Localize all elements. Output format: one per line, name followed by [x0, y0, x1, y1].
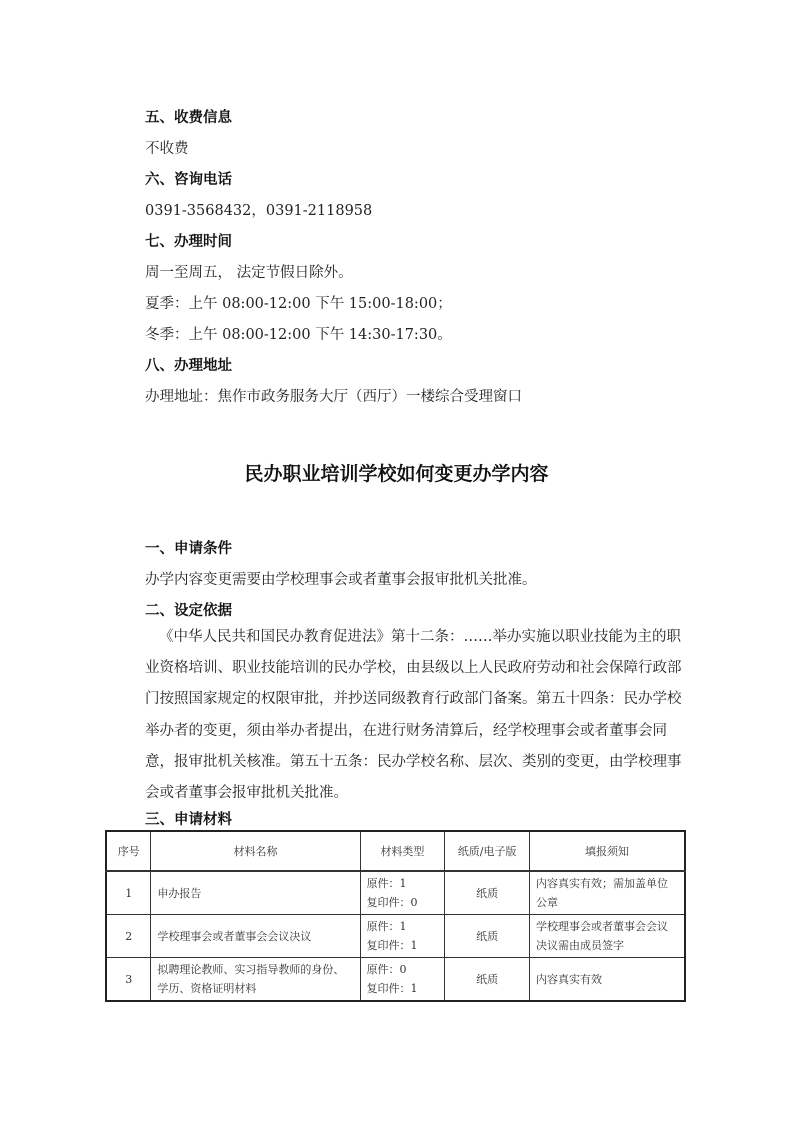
section-heading-materials: 三、申请材料	[145, 808, 232, 829]
type-copy: 复印件：1	[367, 979, 439, 998]
section-heading-address: 八、办理地址	[145, 354, 232, 375]
type-original: 原件：1	[367, 917, 439, 936]
cell-type: 原件：1复印件：0	[360, 871, 445, 915]
type-original: 原件：0	[367, 960, 439, 979]
table-row: 2 学校理事会或者董事会会议决议 原件：1复印件：1 纸质 学校理事会或者董事会…	[106, 915, 685, 958]
section-heading-phone: 六、咨询电话	[145, 168, 232, 189]
fees-text: 不收费	[145, 137, 189, 158]
col-header-type: 材料类型	[360, 831, 445, 871]
conditions-text: 办学内容变更需要由学校理事会或者董事会报审批机关批准。	[145, 568, 537, 589]
section-heading-conditions: 一、申请条件	[145, 537, 232, 558]
table-header-row: 序号 材料名称 材料类型 纸质/电子版 填报须知	[106, 831, 685, 871]
cell-note: 学校理事会或者董事会会议决议需由成员签字	[530, 915, 685, 958]
hours-line: 周一至周五， 法定节假日除外。	[145, 261, 353, 282]
basis-text: 《中华人民共和国民办教育促进法》第十二条：……举办实施以职业技能为主的职业资格培…	[145, 629, 682, 801]
cell-no: 2	[106, 915, 151, 958]
section-heading-fees: 五、收费信息	[145, 106, 232, 127]
hours-line: 冬季：上午 08:00-12:00 下午 14:30-17:30。	[145, 323, 452, 344]
cell-format: 纸质	[445, 958, 530, 1002]
address-text: 办理地址：焦作市政务服务大厅（西厅）一楼综合受理窗口	[145, 385, 522, 406]
hours-line: 夏季：上午 08:00-12:00 下午 15:00-18:00；	[145, 292, 452, 313]
section-heading-basis: 二、设定依据	[145, 599, 232, 620]
table-row: 1 申办报告 原件：1复印件：0 纸质 内容真实有效；需加盖单位公章	[106, 871, 685, 915]
materials-table: 序号 材料名称 材料类型 纸质/电子版 填报须知 1 申办报告 原件：1复印件：…	[105, 830, 686, 1002]
cell-no: 1	[106, 871, 151, 915]
col-header-format: 纸质/电子版	[445, 831, 530, 871]
cell-note: 内容真实有效	[530, 958, 685, 1002]
type-copy: 复印件：0	[367, 893, 439, 912]
type-original: 原件：1	[367, 874, 439, 893]
type-copy: 复印件：1	[367, 936, 439, 955]
col-header-note: 填报须知	[530, 831, 685, 871]
cell-note: 内容真实有效；需加盖单位公章	[530, 871, 685, 915]
cell-name: 申办报告	[151, 871, 360, 915]
cell-no: 3	[106, 958, 151, 1002]
cell-name: 学校理事会或者董事会会议决议	[151, 915, 360, 958]
section-heading-hours: 七、办理时间	[145, 230, 232, 251]
phone-text: 0391-3568432，0391-2118958	[145, 199, 372, 220]
col-header-name: 材料名称	[151, 831, 360, 871]
cell-format: 纸质	[445, 871, 530, 915]
col-header-no: 序号	[106, 831, 151, 871]
cell-name: 拟聘理论教师、实习指导教师的身份、学历、资格证明材料	[151, 958, 360, 1002]
document-title: 民办职业培训学校如何变更办学内容	[0, 459, 793, 486]
cell-type: 原件：1复印件：1	[360, 915, 445, 958]
table-row: 3 拟聘理论教师、实习指导教师的身份、学历、资格证明材料 原件：0复印件：1 纸…	[106, 958, 685, 1002]
basis-paragraph: 《中华人民共和国民办教育促进法》第十二条：……举办实施以职业技能为主的职业资格培…	[145, 622, 690, 809]
cell-format: 纸质	[445, 915, 530, 958]
cell-type: 原件：0复印件：1	[360, 958, 445, 1002]
